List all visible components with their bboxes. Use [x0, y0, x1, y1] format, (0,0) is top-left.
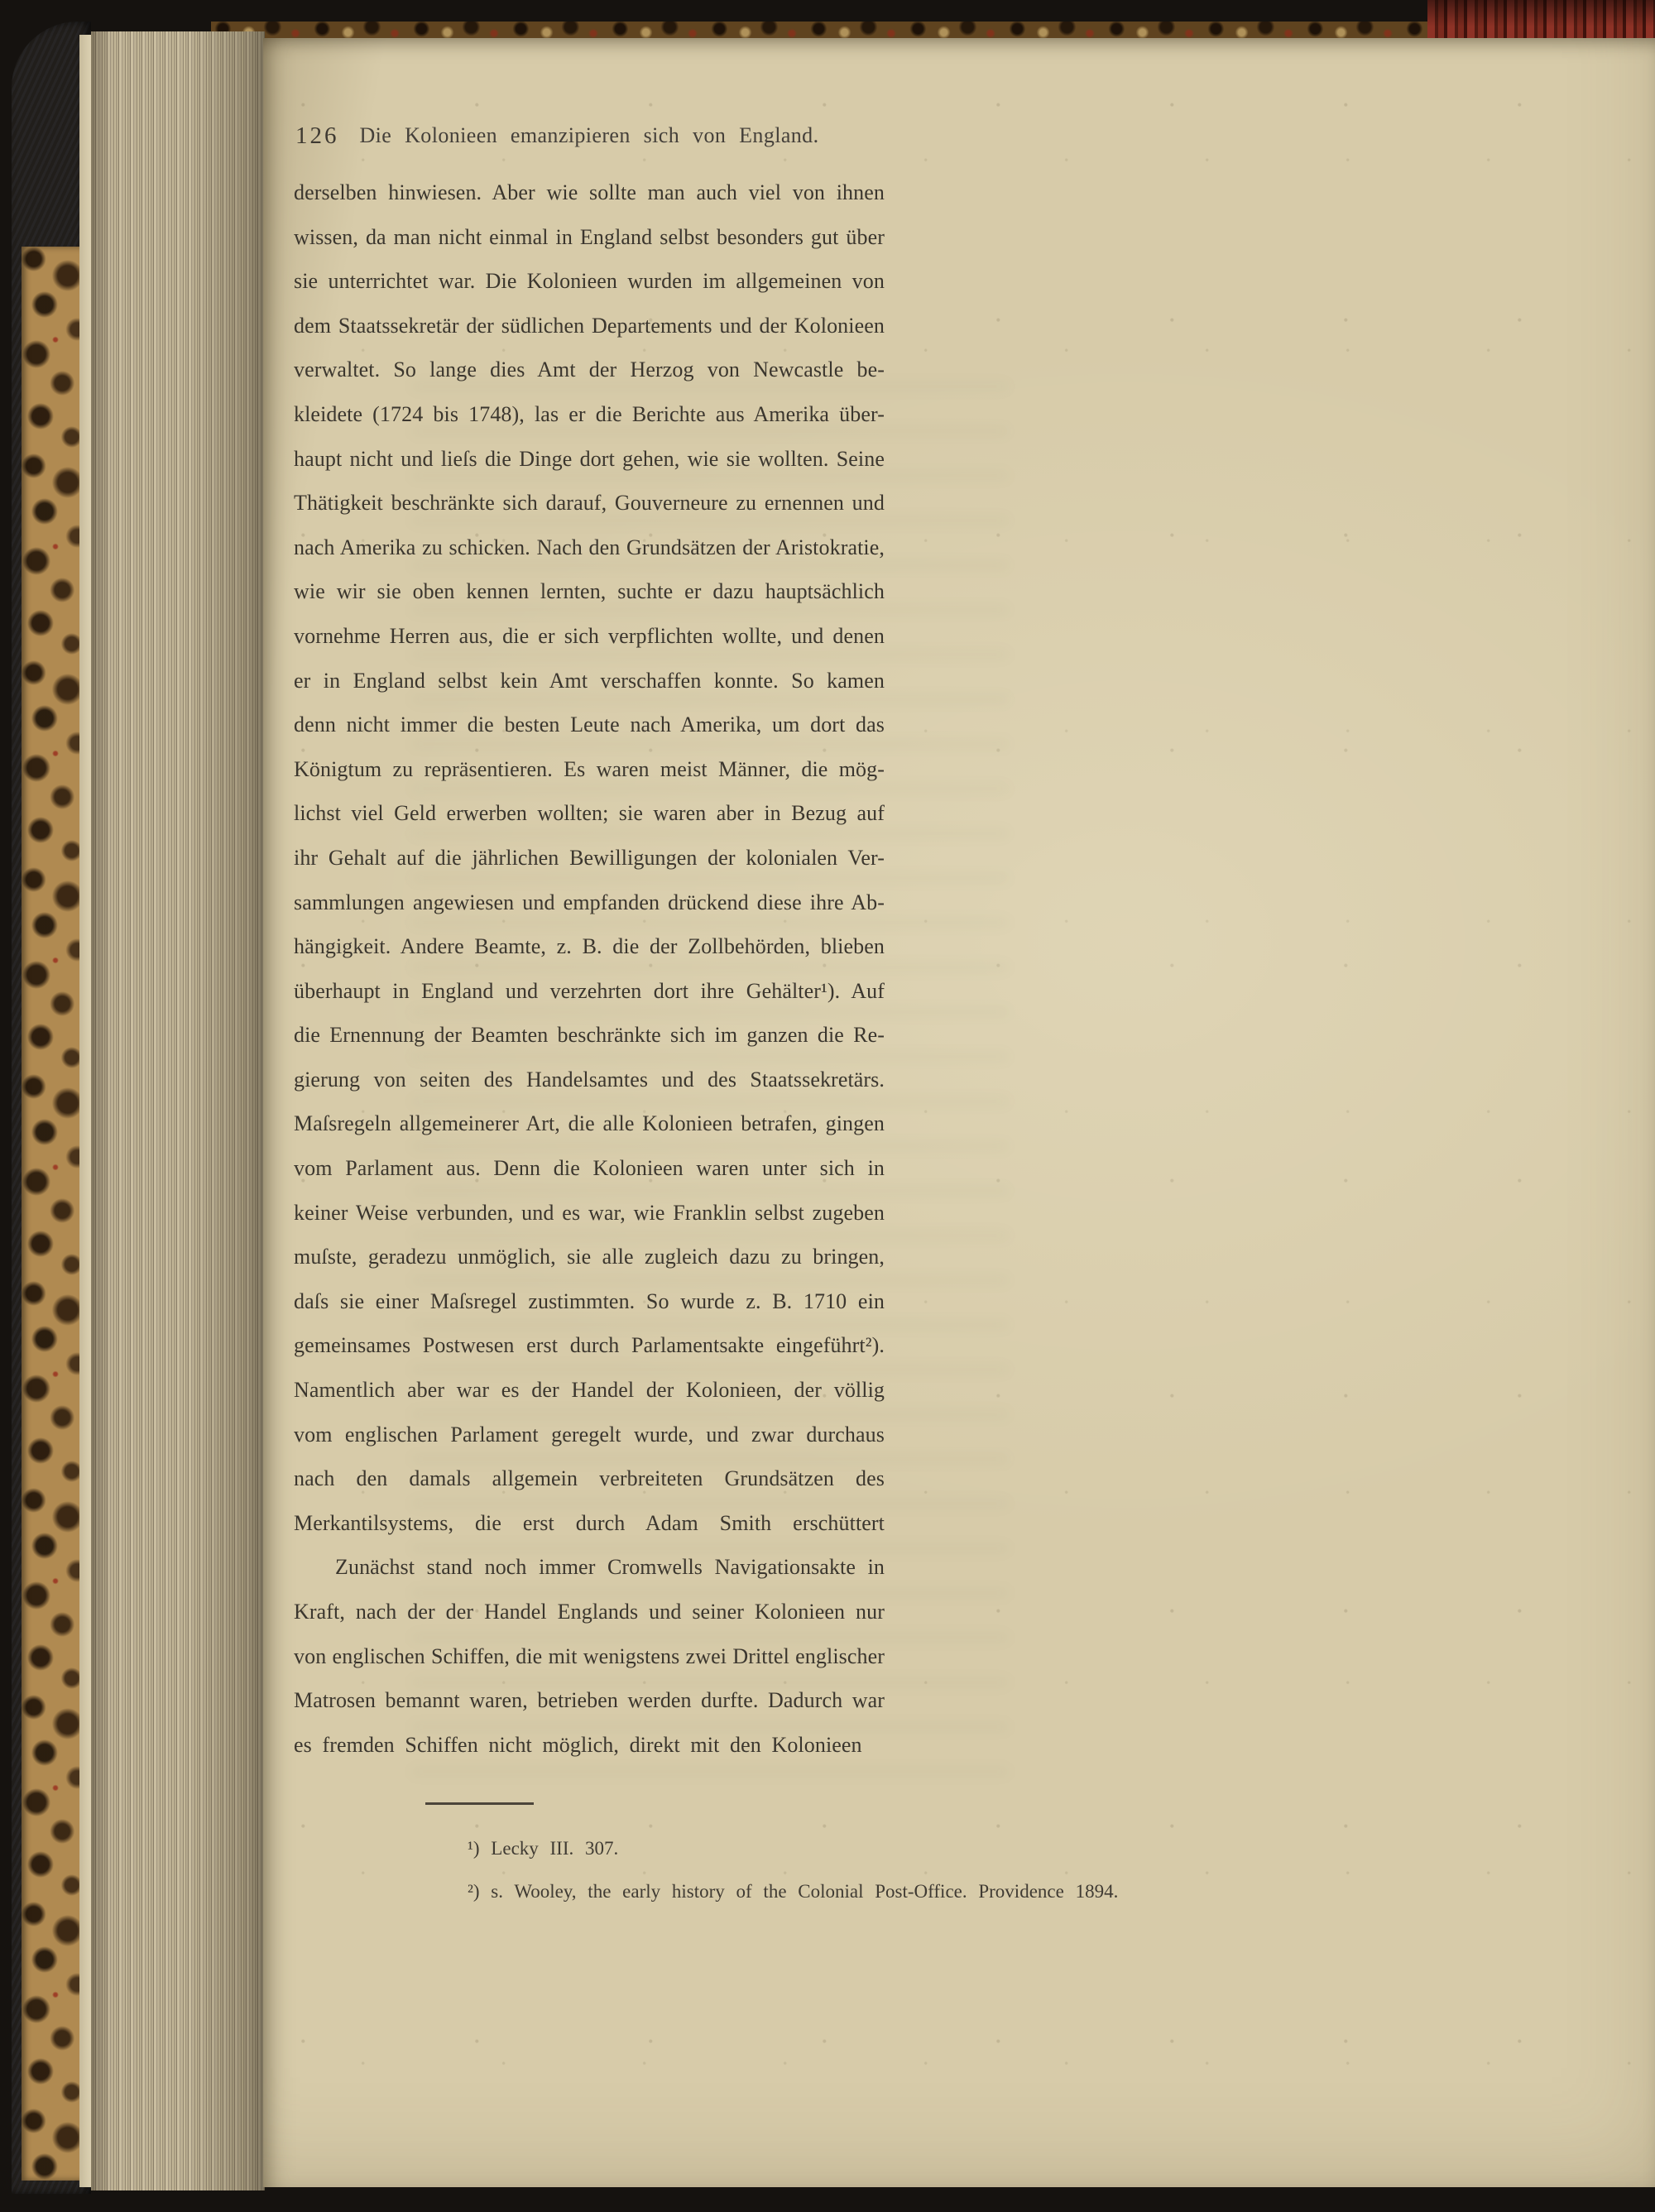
text-line: Thätigkeit beschränkte sich darauf, Gouv…: [294, 481, 885, 525]
text-line: ihr Gehalt auf die jährlichen Bewilligun…: [294, 836, 885, 880]
book-page: 126 Die Kolonieen emanzipieren sich von …: [263, 38, 1655, 2187]
footnote-separator: [425, 1802, 534, 1805]
text-line: gemeinsames Postwesen erst durch Parlame…: [294, 1323, 885, 1368]
text-line: denn nicht immer die besten Leute nach A…: [294, 703, 885, 747]
text-line: muſste, geradezu unmöglich, sie alle zug…: [294, 1235, 885, 1279]
text-line: vom Parlament aus. Denn die Kolonieen wa…: [294, 1146, 885, 1191]
page-edge-stack: [91, 31, 265, 2190]
text-line: keiner Weise verbunden, und es war, wie …: [294, 1191, 885, 1236]
footnotes: ¹) Lecky III. 307.²) s. Wooley, the earl…: [468, 1827, 1502, 1913]
text-line: vornehme Herren aus, die er sich verpfli…: [294, 614, 885, 659]
marbled-cover-top-edge: [211, 22, 1430, 40]
text-line: Zunächst stand noch immer Cromwells Navi…: [294, 1545, 885, 1590]
text-line: Maſsregeln allgemeinerer Art, die alle K…: [294, 1101, 885, 1146]
headband-red-stripes: [1427, 0, 1655, 38]
inner-page-edge: [79, 35, 91, 2187]
text-line: überhaupt in England und verzehrten dort…: [294, 969, 885, 1014]
text-line: sammlungen angewiesen und empfanden drüc…: [294, 880, 885, 925]
text-line: verwaltet. So lange dies Amt der Herzog …: [294, 348, 885, 392]
text-line: Matrosen bemannt waren, betrieben werden…: [294, 1678, 885, 1723]
text-line: derselben hinwiesen. Aber wie sollte man…: [294, 170, 885, 215]
text-line: haupt nicht und lieſs die Dinge dort geh…: [294, 437, 885, 482]
text-line: daſs sie einer Maſsregel zustimmten. So …: [294, 1279, 885, 1324]
text-line: nach den damals allgemein verbreiteten G…: [294, 1456, 885, 1501]
text-line: hängigkeit. Andere Beamte, z. B. die der…: [294, 924, 885, 969]
text-line: Kraft, nach der der Handel Englands und …: [294, 1590, 885, 1634]
text-line: wie wir sie oben kennen lernten, suchte …: [294, 569, 885, 614]
body-text: derselben hinwiesen. Aber wie sollte man…: [294, 170, 885, 1767]
text-line: Namentlich aber war es der Handel der Ko…: [294, 1368, 885, 1413]
text-line: vom englischen Parlament geregelt wurde,…: [294, 1413, 885, 1457]
footnote: ²) s. Wooley, the early history of the C…: [468, 1870, 1502, 1913]
text-line: Königtum zu repräsentieren. Es waren mei…: [294, 747, 885, 792]
text-line: lichst viel Geld erwerben wollten; sie w…: [294, 791, 885, 836]
text-line: es fremden Schiffen nicht möglich, direk…: [294, 1723, 885, 1768]
text-line: sie unterrichtet war. Die Kolonieen wurd…: [294, 259, 885, 304]
text-line: Merkantilsystems, die erst durch Adam Sm…: [294, 1501, 885, 1546]
text-line: von englischen Schiffen, die mit wenigst…: [294, 1634, 885, 1679]
page-header: 126 Die Kolonieen emanzipieren sich von …: [294, 119, 885, 154]
page-number: 126: [295, 122, 339, 150]
text-line: die Ernennung der Beamten beschränkte si…: [294, 1013, 885, 1058]
text-line: gierung von seiten des Handelsamtes und …: [294, 1058, 885, 1102]
book-scan: 126 Die Kolonieen emanzipieren sich von …: [0, 0, 1655, 2212]
text-line: nach Amerika zu schicken. Nach den Grund…: [294, 525, 885, 570]
text-line: wissen, da man nicht einmal in England s…: [294, 215, 885, 260]
text-line: er in England selbst kein Amt verschaffe…: [294, 659, 885, 703]
footnote: ¹) Lecky III. 307.: [468, 1827, 1502, 1870]
text-line: dem Staatssekretär der südlichen Departe…: [294, 304, 885, 348]
text-line: kleidete (1724 bis 1748), las er die Ber…: [294, 392, 885, 437]
running-header: Die Kolonieen emanzipieren sich von Engl…: [294, 119, 885, 148]
